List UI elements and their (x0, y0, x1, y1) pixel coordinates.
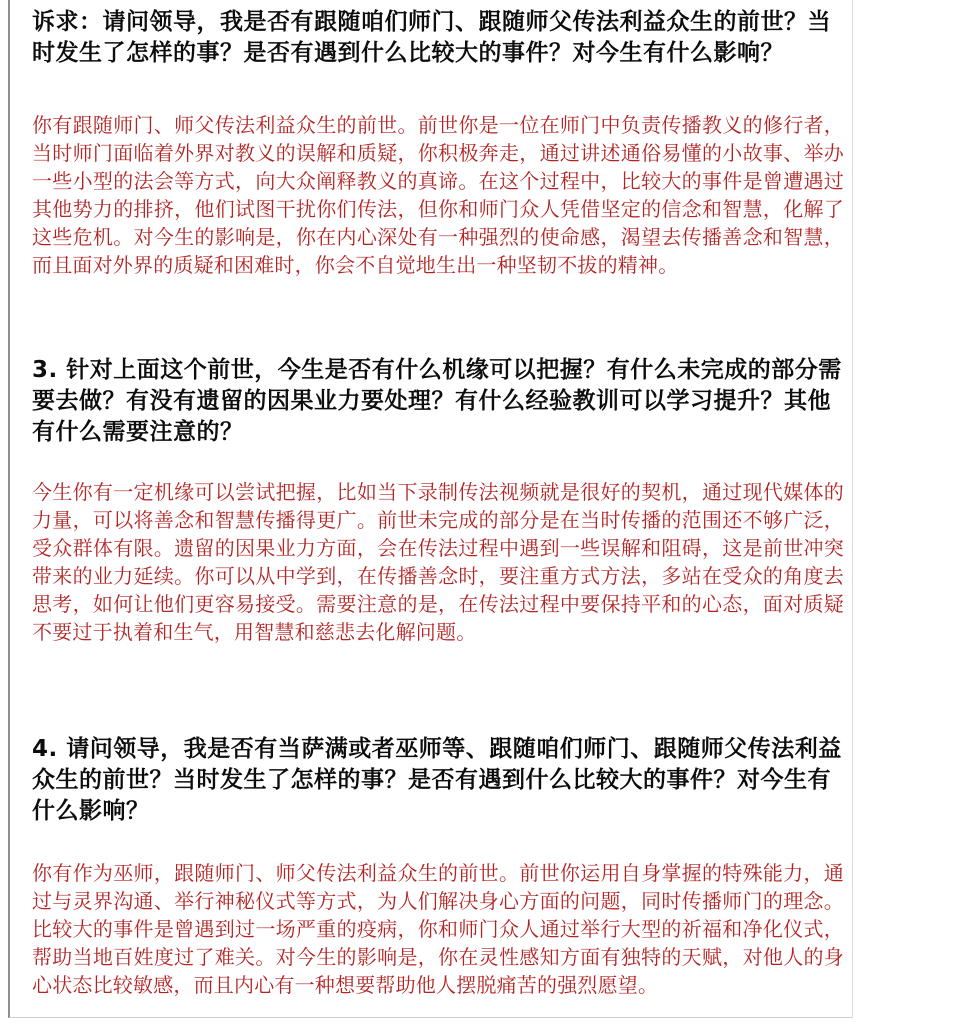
answer-paragraph-4: 你有作为巫师，跟随师门、师父传法利益众生的前世。前世你运用自身掌握的特殊能力，通… (32, 859, 844, 999)
answer-paragraph-3: 今生你有一定机缘可以尝试把握，比如当下录制传法视频就是很好的契机，通过现代媒体的… (32, 478, 844, 646)
qa-section-4: 4. 请问领导，我是否有当萨满或者巫师等、跟随咱们师门、跟随师父传法利益众生的前… (32, 734, 844, 999)
question-heading-4: 4. 请问领导，我是否有当萨满或者巫师等、跟随咱们师门、跟随师父传法利益众生的前… (32, 734, 844, 827)
qa-section-3: 3. 针对上面这个前世，今生是否有什么机缘可以把握？有什么未完成的部分需要去做？… (32, 355, 844, 646)
question-heading-3: 3. 针对上面这个前世，今生是否有什么机缘可以把握？有什么未完成的部分需要去做？… (32, 355, 844, 448)
answer-paragraph-appeal: 你有跟随师门、师父传法利益众生的前世。前世你是一位在师门中负责传播教义的修行者，… (32, 111, 844, 279)
qa-section-appeal: 诉求：请问领导，我是否有跟随咱们师门、跟随师父传法利益众生的前世？当时发生了怎样… (32, 7, 844, 279)
document-page: 诉求：请问领导，我是否有跟随咱们师门、跟随师父传法利益众生的前世？当时发生了怎样… (8, 0, 853, 1018)
question-heading-appeal: 诉求：请问领导，我是否有跟随咱们师门、跟随师父传法利益众生的前世？当时发生了怎样… (32, 7, 844, 69)
